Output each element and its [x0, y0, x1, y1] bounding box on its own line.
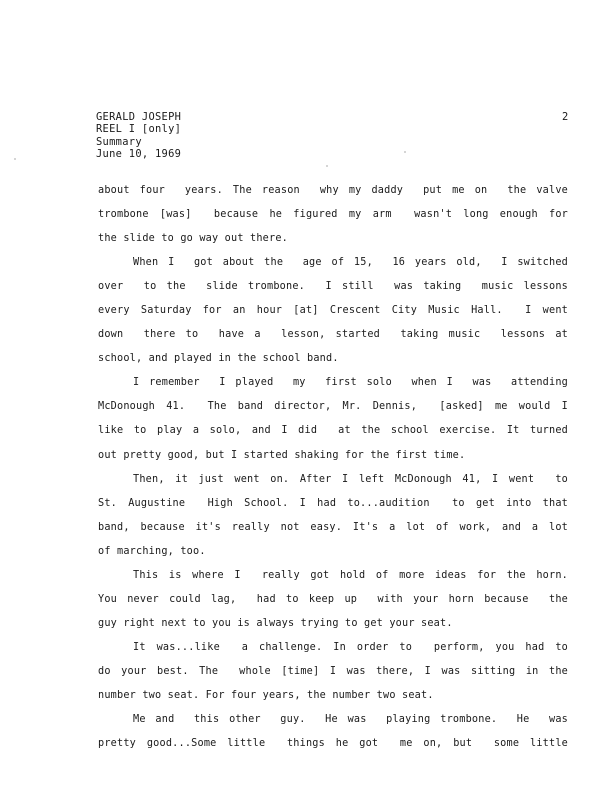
transcript-body: about four years. The reason why my dadd…: [98, 184, 568, 761]
transcript-line: I remember I played my first solo when I…: [98, 376, 568, 400]
transcript-line: McDonough 41. The band director, Mr. Den…: [98, 400, 568, 424]
interviewee-name: GERALD JOSEPH: [96, 111, 181, 123]
transcript-line: guy right next to you is always trying t…: [98, 617, 568, 641]
transcript-line: When I got about the age of 15, 16 years…: [98, 256, 568, 280]
transcript-line: about four years. The reason why my dadd…: [98, 184, 568, 208]
reel-label: REEL I [only]: [96, 123, 181, 135]
transcript-line: trombone [was] because he figured my arm…: [98, 208, 568, 232]
document-type: Summary: [96, 136, 181, 148]
transcript-line: like to play a solo, and I did at the sc…: [98, 424, 568, 448]
transcript-line: the slide to go way out there.: [98, 232, 568, 256]
transcript-line: every Saturday for an hour [at] Crescent…: [98, 304, 568, 328]
transcript-line: band, because it's really not easy. It's…: [98, 521, 568, 545]
transcript-line: Then, it just went on. After I left McDo…: [98, 473, 568, 497]
page-number: 2: [562, 111, 568, 123]
document-page: GERALD JOSEPH REEL I [only] Summary June…: [0, 0, 612, 792]
scan-speck: [404, 151, 406, 153]
transcript-line: number two seat. For four years, the num…: [98, 689, 568, 713]
transcript-line: St. Augustine High School. I had to...au…: [98, 497, 568, 521]
transcript-line: down there to have a lesson, started tak…: [98, 328, 568, 352]
transcript-line: Me and this other guy. He was playing tr…: [98, 713, 568, 737]
transcript-line: over to the slide trombone. I still was …: [98, 280, 568, 304]
interview-date: June 10, 1969: [96, 148, 181, 160]
transcript-line: out pretty good, but I started shaking f…: [98, 449, 568, 473]
document-header: GERALD JOSEPH REEL I [only] Summary June…: [96, 111, 181, 160]
scan-speck: [326, 165, 328, 167]
transcript-line: It was...like a challenge. In order to p…: [98, 641, 568, 665]
transcript-line: school, and played in the school band.: [98, 352, 568, 376]
transcript-line: You never could lag, had to keep up with…: [98, 593, 568, 617]
scan-speck: [14, 158, 16, 160]
transcript-line: pretty good...Some little things he got …: [98, 737, 568, 761]
transcript-line: This is where I really got hold of more …: [98, 569, 568, 593]
transcript-line: of marching, too.: [98, 545, 568, 569]
transcript-line: do your best. The whole [time] I was the…: [98, 665, 568, 689]
